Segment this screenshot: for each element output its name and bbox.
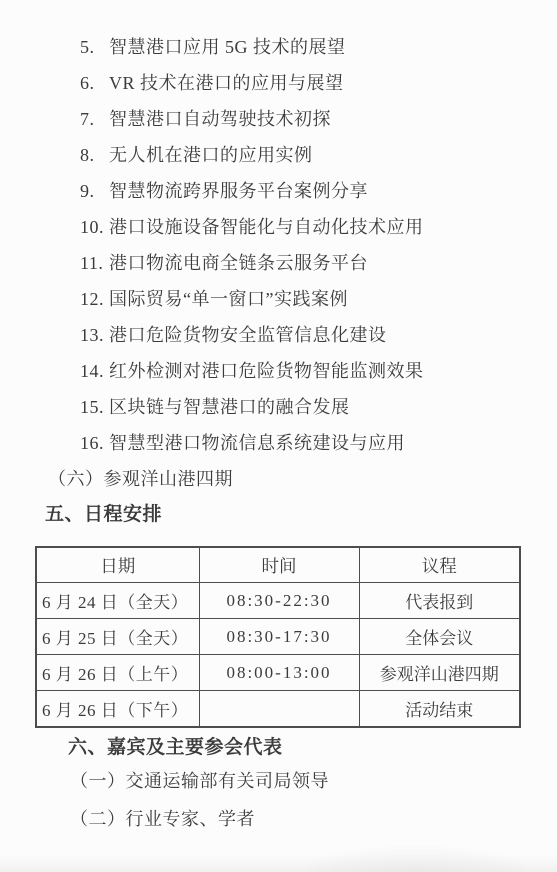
topic-item-text: 智慧港口应用 5G 技术的展望 xyxy=(109,36,346,58)
topic-item-number: 12. xyxy=(80,288,109,310)
schedule-table: 日期 时间 议程 6 月 24 日（全天） 08:30-22:30 代表报到 6… xyxy=(35,546,521,728)
topic-item-number: 10. xyxy=(80,216,109,238)
schedule-cell-time: 08:30-22:30 xyxy=(199,583,359,619)
topic-item-text: 港口设施设备智能化与自动化技术应用 xyxy=(109,216,424,238)
schedule-table-row: 6 月 26 日（上午） 08:00-13:00 参观洋山港四期 xyxy=(36,655,520,691)
topic-item-number: 13. xyxy=(80,324,109,346)
schedule-cell-agenda: 参观洋山港四期 xyxy=(359,655,520,691)
topic-item-text: 智慧物流跨界服务平台案例分享 xyxy=(109,180,368,202)
topic-list-item: 12.国际贸易“单一窗口”实践案例 xyxy=(80,288,557,310)
schedule-table-header-row: 日期 时间 议程 xyxy=(36,547,520,583)
section-heading-guests: 六、嘉宾及主要参会代表 xyxy=(0,737,557,759)
sub-item-visit-yangshan: （六）参观洋山港四期 xyxy=(0,468,557,490)
scan-edge-shadow xyxy=(0,854,557,872)
topic-item-number: 11. xyxy=(80,252,109,274)
topic-item-text: 智慧港口自动驾驶技术初探 xyxy=(109,108,331,130)
schedule-cell-date: 6 月 24 日（全天） xyxy=(36,583,199,619)
schedule-cell-time xyxy=(199,691,359,728)
topic-item-number: 6. xyxy=(80,72,109,94)
schedule-cell-date: 6 月 25 日（全天） xyxy=(36,619,199,655)
schedule-cell-agenda: 全体会议 xyxy=(359,619,520,655)
topic-item-text: 国际贸易“单一窗口”实践案例 xyxy=(109,288,348,310)
topic-item-number: 15. xyxy=(80,396,109,418)
topic-list-item: 9.智慧物流跨界服务平台案例分享 xyxy=(80,180,557,202)
topic-list-item: 16.智慧型港口物流信息系统建设与应用 xyxy=(80,432,557,454)
topic-item-text: VR 技术在港口的应用与展望 xyxy=(109,72,344,94)
schedule-table-row: 6 月 26 日（下午） 活动结束 xyxy=(36,691,520,728)
topic-item-number: 16. xyxy=(80,432,109,454)
topic-list-item: 11.港口物流电商全链条云服务平台 xyxy=(80,252,557,274)
scan-smudge xyxy=(307,846,527,872)
topic-item-text: 区块链与智慧港口的融合发展 xyxy=(109,396,350,418)
topic-item-number: 7. xyxy=(80,108,109,130)
topic-item-text: 无人机在港口的应用实例 xyxy=(109,144,313,166)
schedule-header-agenda: 议程 xyxy=(359,547,520,583)
schedule-cell-agenda: 代表报到 xyxy=(359,583,520,619)
schedule-cell-time: 08:00-13:00 xyxy=(199,655,359,691)
topic-list-item: 5.智慧港口应用 5G 技术的展望 xyxy=(80,36,557,58)
topic-item-text: 红外检测对港口危险货物智能监测效果 xyxy=(109,360,424,382)
topic-list-item: 13.港口危险货物安全监管信息化建设 xyxy=(80,324,557,346)
topic-item-text: 港口危险货物安全监管信息化建设 xyxy=(109,324,387,346)
schedule-header-time: 时间 xyxy=(199,547,359,583)
schedule-table-row: 6 月 25 日（全天） 08:30-17:30 全体会议 xyxy=(36,619,520,655)
topic-list-item: 15.区块链与智慧港口的融合发展 xyxy=(80,396,557,418)
section-heading-schedule: 五、日程安排 xyxy=(0,504,557,526)
topic-list-item: 14.红外检测对港口危险货物智能监测效果 xyxy=(80,360,557,382)
topic-item-number: 9. xyxy=(80,180,109,202)
guest-item-ministry: （一）交通运输部有关司局领导 xyxy=(0,770,557,792)
schedule-cell-date: 6 月 26 日（下午） xyxy=(36,691,199,728)
topic-item-number: 14. xyxy=(80,360,109,382)
topic-list-item: 6.VR 技术在港口的应用与展望 xyxy=(80,72,557,94)
topic-item-text: 智慧型港口物流信息系统建设与应用 xyxy=(109,432,405,454)
document-page: 5.智慧港口应用 5G 技术的展望 6.VR 技术在港口的应用与展望 7.智慧港… xyxy=(0,0,557,872)
schedule-cell-agenda: 活动结束 xyxy=(359,691,520,728)
schedule-cell-time: 08:30-17:30 xyxy=(199,619,359,655)
topic-list: 5.智慧港口应用 5G 技术的展望 6.VR 技术在港口的应用与展望 7.智慧港… xyxy=(0,0,557,454)
topic-item-number: 8. xyxy=(80,144,109,166)
topic-item-number: 5. xyxy=(80,36,109,58)
topic-list-item: 10.港口设施设备智能化与自动化技术应用 xyxy=(80,216,557,238)
topic-item-text: 港口物流电商全链条云服务平台 xyxy=(109,252,368,274)
schedule-cell-date: 6 月 26 日（上午） xyxy=(36,655,199,691)
topic-list-item: 8.无人机在港口的应用实例 xyxy=(80,144,557,166)
schedule-header-date: 日期 xyxy=(36,547,199,583)
schedule-table-row: 6 月 24 日（全天） 08:30-22:30 代表报到 xyxy=(36,583,520,619)
guest-item-experts: （二）行业专家、学者 xyxy=(0,808,557,830)
topic-list-item: 7.智慧港口自动驾驶技术初探 xyxy=(80,108,557,130)
